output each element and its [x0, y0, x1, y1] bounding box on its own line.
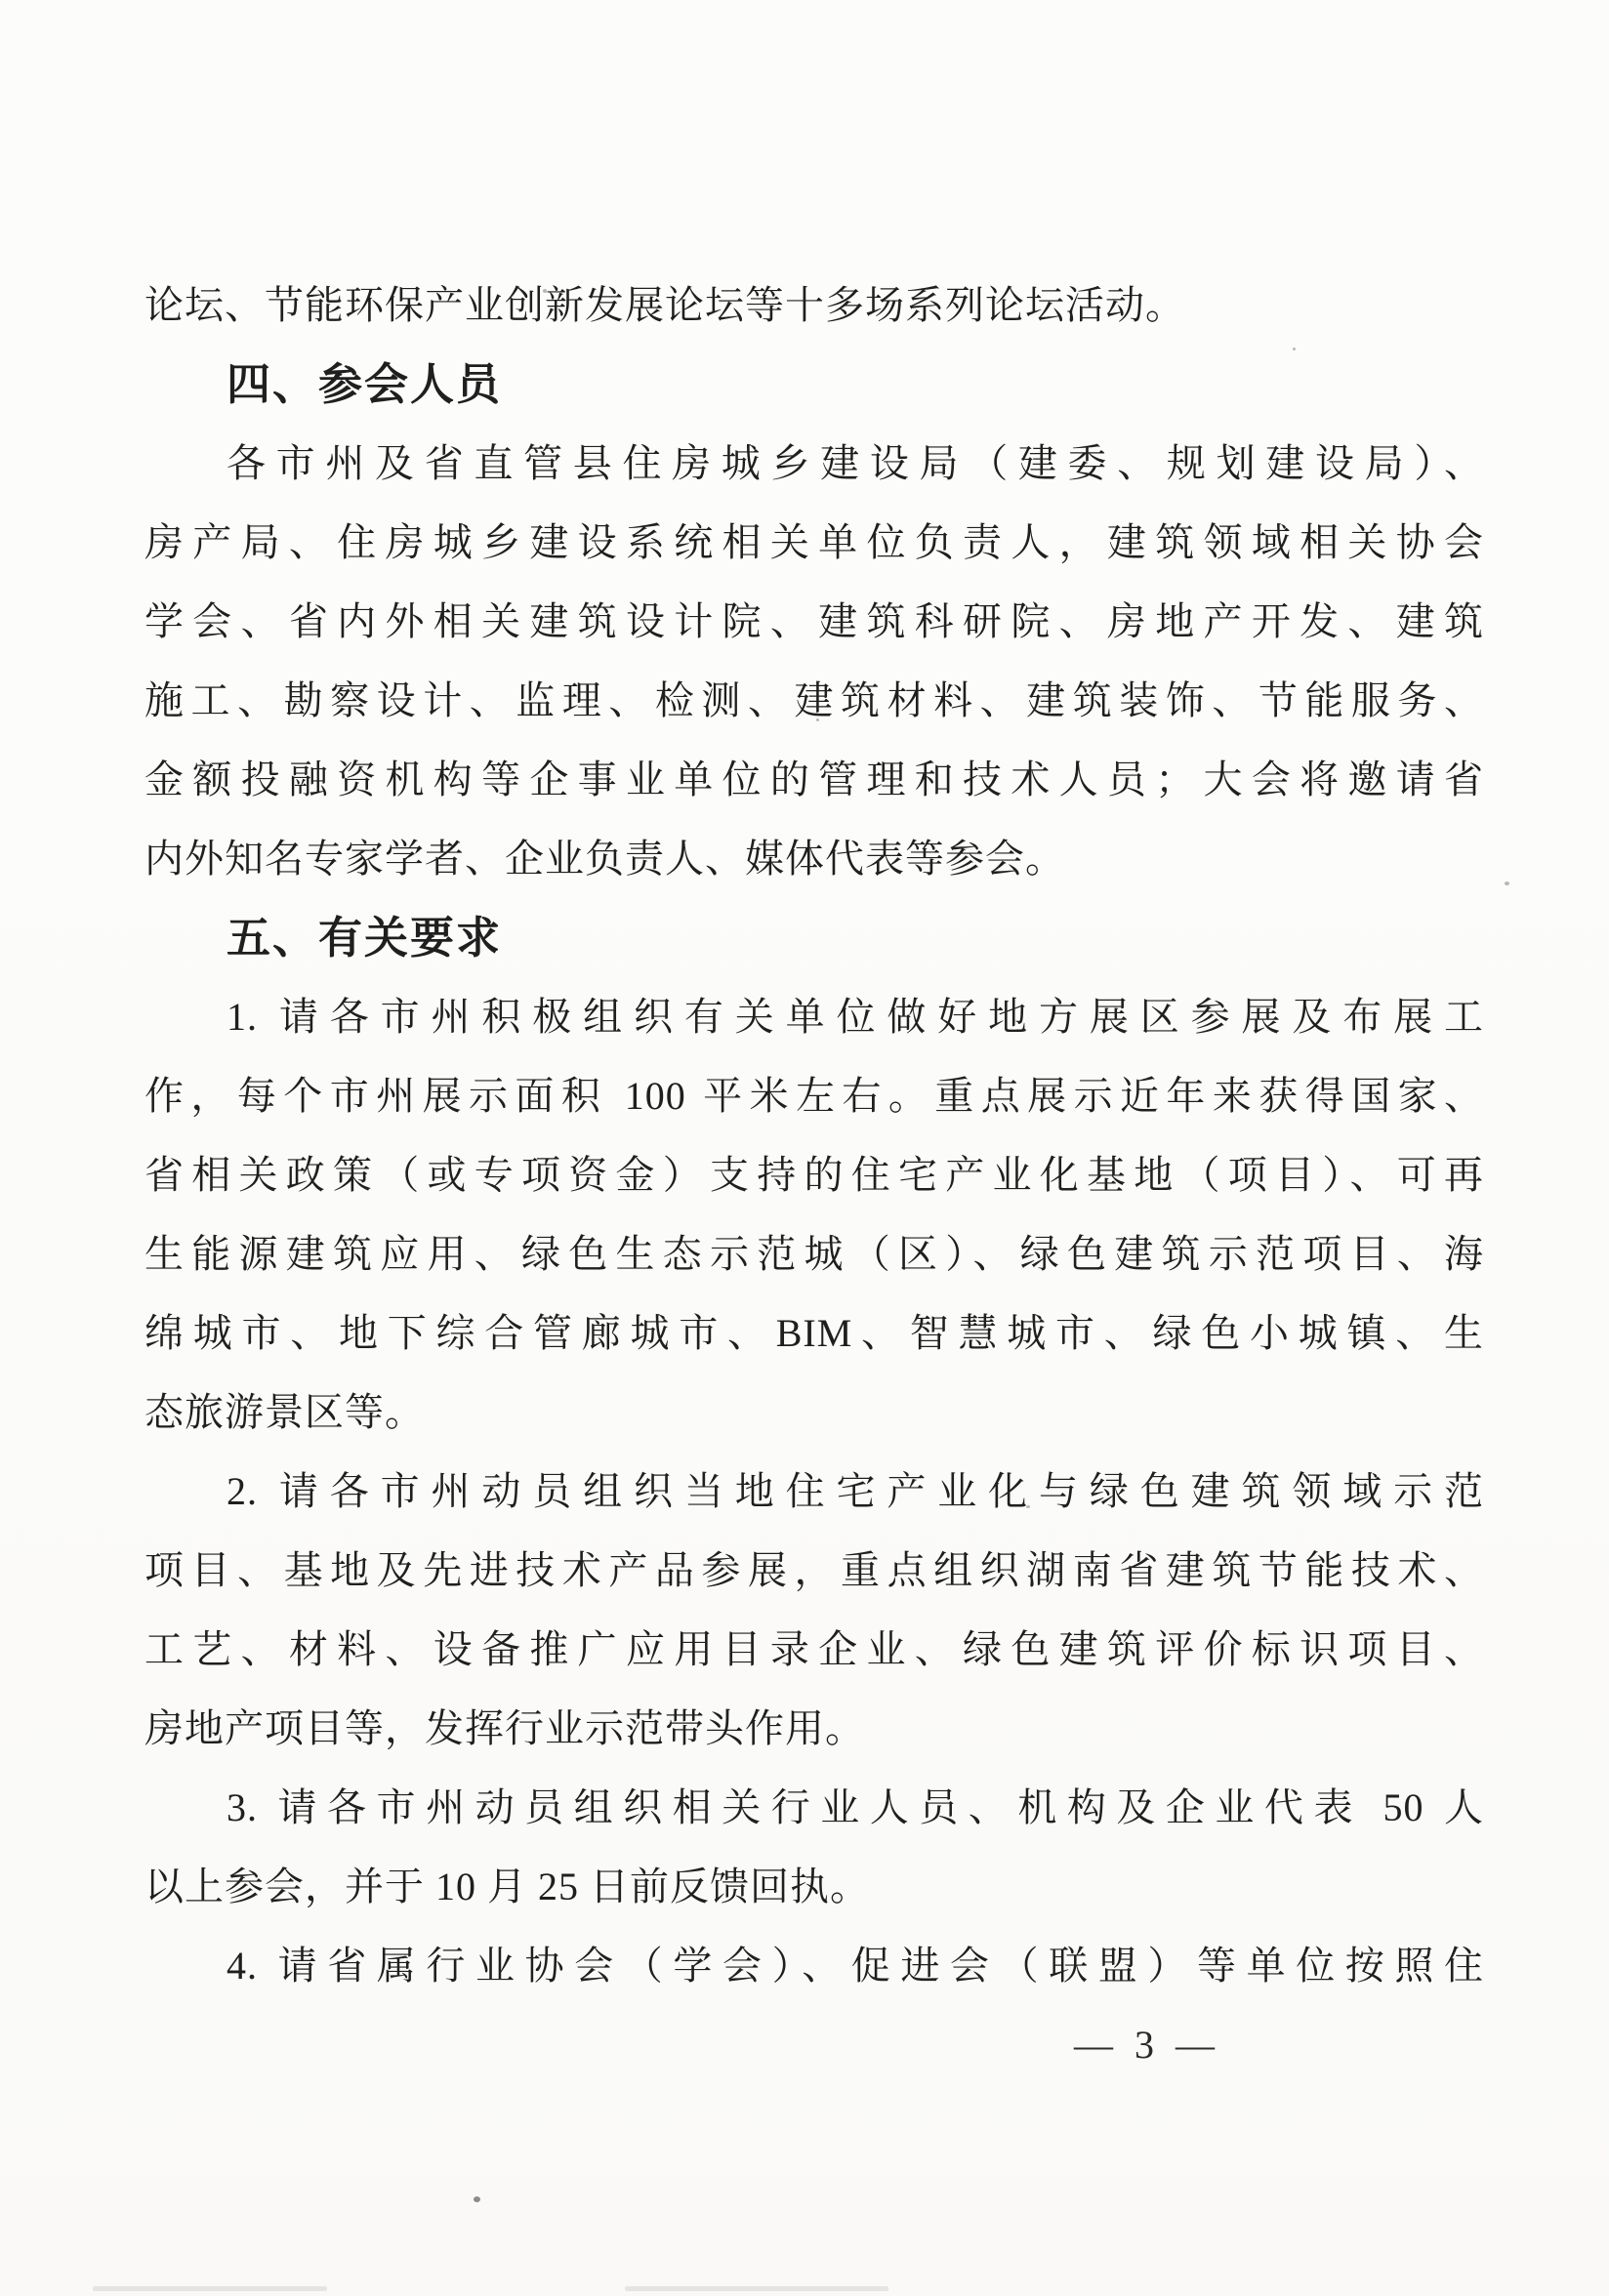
text-line: 学会、省内外相关建筑设计院、建筑科研院、房地产开发、建筑: [144, 582, 1484, 661]
text-line: 施工、勘察设计、监理、检测、建筑材料、建筑装饰、节能服务、: [144, 661, 1484, 740]
text-line: 论坛、节能环保产业创新发展论坛等十多场系列论坛活动。: [144, 266, 1484, 345]
scan-speck: [543, 289, 547, 293]
text-line: 态旅游景区等。: [144, 1373, 1484, 1452]
page-number: — 3 —: [144, 2005, 1484, 2084]
document-text-block: 论坛、节能环保产业创新发展论坛等十多场系列论坛活动。 四、参会人员 各市州及省直…: [144, 266, 1484, 2084]
text-line: 内外知名专家学者、企业负责人、媒体代表等参会。: [144, 819, 1484, 898]
text-line: 3. 请各市州动员组织相关行业人员、机构及企业代表 50 人: [144, 1768, 1484, 1847]
text-line: 金额投融资机构等企事业单位的管理和技术人员；大会将邀请省: [144, 740, 1484, 819]
text-line: 2. 请各市州动员组织当地住宅产业化与绿色建筑领域示范: [144, 1452, 1484, 1531]
scan-speck: [474, 2196, 480, 2202]
text-line: 绵城市、地下综合管廊城市、BIM、智慧城市、绿色小城镇、生: [144, 1293, 1484, 1373]
scan-speck: [1505, 881, 1509, 885]
text-line: 作，每个市州展示面积 100 平米左右。重点展示近年来获得国家、: [144, 1056, 1484, 1135]
text-line: 1. 请各市州积极组织有关单位做好地方展区参展及布展工: [144, 977, 1484, 1056]
text-line: 各市州及省直管县住房城乡建设局（建委、规划建设局）、: [144, 424, 1484, 503]
scan-smudge: [93, 2286, 327, 2291]
text-line: 项目、基地及先进技术产品参展，重点组织湖南省建筑节能技术、: [144, 1531, 1484, 1610]
text-line: 4. 请省属行业协会（学会）、促进会（联盟）等单位按照住: [144, 1926, 1484, 2005]
text-line: 房地产项目等，发挥行业示范带头作用。: [144, 1689, 1484, 1768]
scanned-document-page: 论坛、节能环保产业创新发展论坛等十多场系列论坛活动。 四、参会人员 各市州及省直…: [0, 0, 1609, 2296]
scan-smudge: [625, 2286, 888, 2291]
text-line: 以上参会，并于 10 月 25 日前反馈回执。: [144, 1847, 1484, 1926]
text-line: 工艺、材料、设备推广应用目录企业、绿色建筑评价标识项目、: [144, 1610, 1484, 1689]
section-heading: 五、有关要求: [144, 898, 1484, 977]
text-line: 房产局、住房城乡建设系统相关单位负责人，建筑领域相关协会: [144, 503, 1484, 582]
text-line: 生能源建筑应用、绿色生态示范城（区）、绿色建筑示范项目、海: [144, 1214, 1484, 1293]
text-line: 省相关政策（或专项资金）支持的住宅产业化基地（项目）、可再: [144, 1135, 1484, 1214]
section-heading: 四、参会人员: [144, 345, 1484, 424]
scan-speck: [1026, 1505, 1030, 1508]
scan-speck: [816, 718, 819, 721]
scan-speck: [1293, 348, 1296, 350]
